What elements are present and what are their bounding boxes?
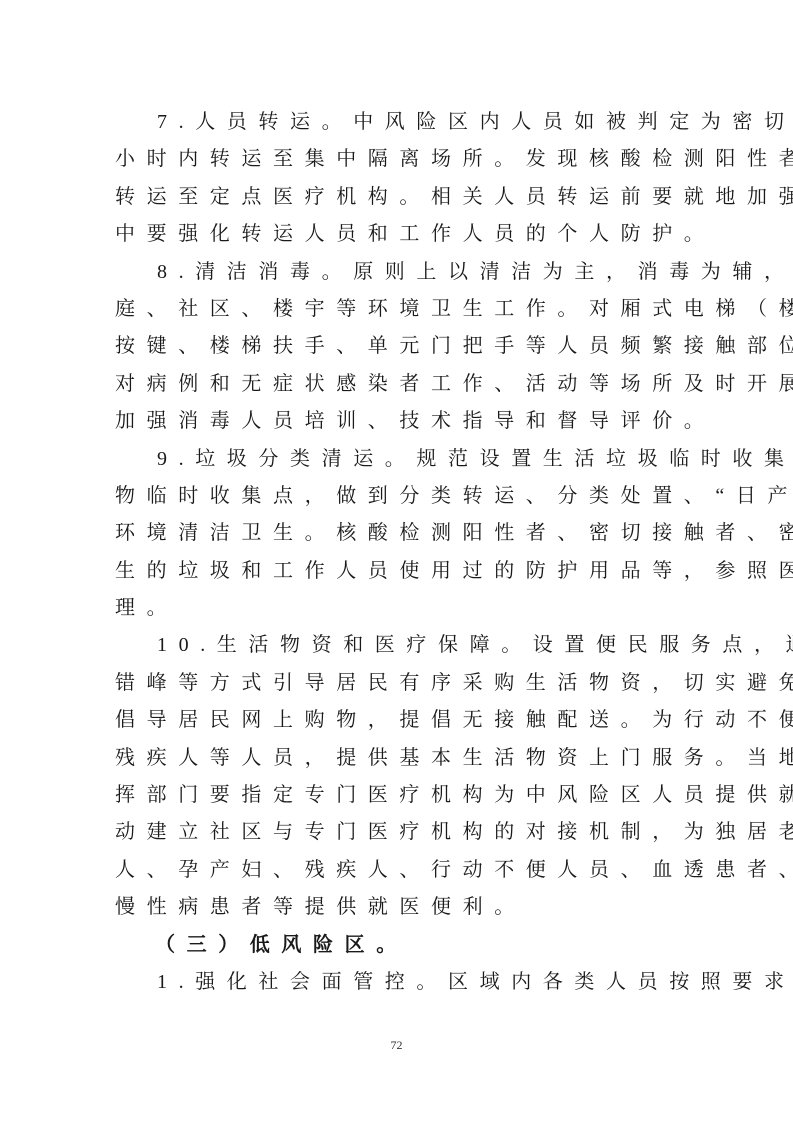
- text-line: 庭、社区、楼宇等环境卫生工作。对厢式电梯（楼道）和电梯: [115, 291, 695, 328]
- text-line: 加强消毒人员培训、技术指导和督导评价。: [115, 403, 695, 440]
- section-heading: （三）低风险区。: [115, 927, 695, 964]
- text-line: 10.生活物资和医疗保障。设置便民服务点，通过预约、: [115, 627, 695, 664]
- text-line: 错峰等方式引导居民有序采购生活物资，切实避免人群聚集。: [115, 665, 695, 702]
- text-line: 转运至定点医疗机构。相关人员转运前要就地加强管控，转运: [115, 179, 695, 216]
- paragraph-item-1: 1.强化社会面管控。区域内各类人员按照要求开展核酸检: [115, 964, 695, 1001]
- body-text: 7.人员转运。中风险区内人员如被判定为密切接触者，8 小时内转运至集中隔离场所。…: [115, 104, 695, 1001]
- text-line: 中要强化转运人员和工作人员的个人防护。: [115, 216, 695, 253]
- text-line: 9.垃圾分类清运。规范设置生活垃圾临时收集点和医疗废: [115, 441, 695, 478]
- text-line: 倡导居民网上购物，提倡无接触配送。为行动不便的独居老人、: [115, 702, 695, 739]
- text-line: 生的垃圾和工作人员使用过的防护用品等，参照医疗废物处: [115, 553, 695, 590]
- document-page: 7.人员转运。中风险区内人员如被判定为密切接触者，8 小时内转运至集中隔离场所。…: [0, 0, 793, 1122]
- text-line: 7.人员转运。中风险区内人员如被判定为密切接触者，8: [115, 104, 695, 141]
- paragraph-item-9: 9.垃圾分类清运。规范设置生活垃圾临时收集点和医疗废 物临时收集点，做到分类转运…: [115, 441, 695, 628]
- text-line: 物临时收集点，做到分类转运、分类处置、“日产日清”，保持: [115, 478, 695, 515]
- text-line: 残疾人等人员，提供基本生活物资上门服务。当地疫情防控指: [115, 740, 695, 777]
- page-number: 72: [0, 1038, 793, 1053]
- text-line: 1.强化社会面管控。区域内各类人员按照要求开展核酸检: [115, 964, 695, 1001]
- section-heading-low-risk: （三）低风险区。: [115, 927, 695, 964]
- text-line: 人、孕产妇、残疾人、行动不便人员、血透患者、精神病患者、: [115, 852, 695, 889]
- text-line: 慢性病患者等提供就医便利。: [115, 889, 695, 926]
- text-line: 小时内转运至集中隔离场所。发现核酸检测阳性者，2 小时内: [115, 141, 695, 178]
- paragraph-item-8: 8.清洁消毒。原则上以清洁为主，消毒为辅，重点做好家 庭、社区、楼宇等环境卫生工…: [115, 254, 695, 441]
- paragraph-item-7: 7.人员转运。中风险区内人员如被判定为密切接触者，8 小时内转运至集中隔离场所。…: [115, 104, 695, 254]
- text-line: 对病例和无症状感染者工作、活动等场所及时开展终末消毒。: [115, 366, 695, 403]
- text-line: 8.清洁消毒。原则上以清洁为主，消毒为辅，重点做好家: [115, 254, 695, 291]
- text-line: 挥部门要指定专门医疗机构为中风险区人员提供就医服务，推: [115, 777, 695, 814]
- text-line: 环境清洁卫生。核酸检测阳性者、密切接触者、密接的密接产: [115, 515, 695, 552]
- text-line: 动建立社区与专门医疗机构的对接机制，为独居老人、未成年: [115, 814, 695, 851]
- text-line: 按键、楼梯扶手、单元门把手等人员频繁接触部位开展消毒，: [115, 328, 695, 365]
- paragraph-item-10: 10.生活物资和医疗保障。设置便民服务点，通过预约、 错峰等方式引导居民有序采购…: [115, 627, 695, 926]
- text-line: 理。: [115, 590, 695, 627]
